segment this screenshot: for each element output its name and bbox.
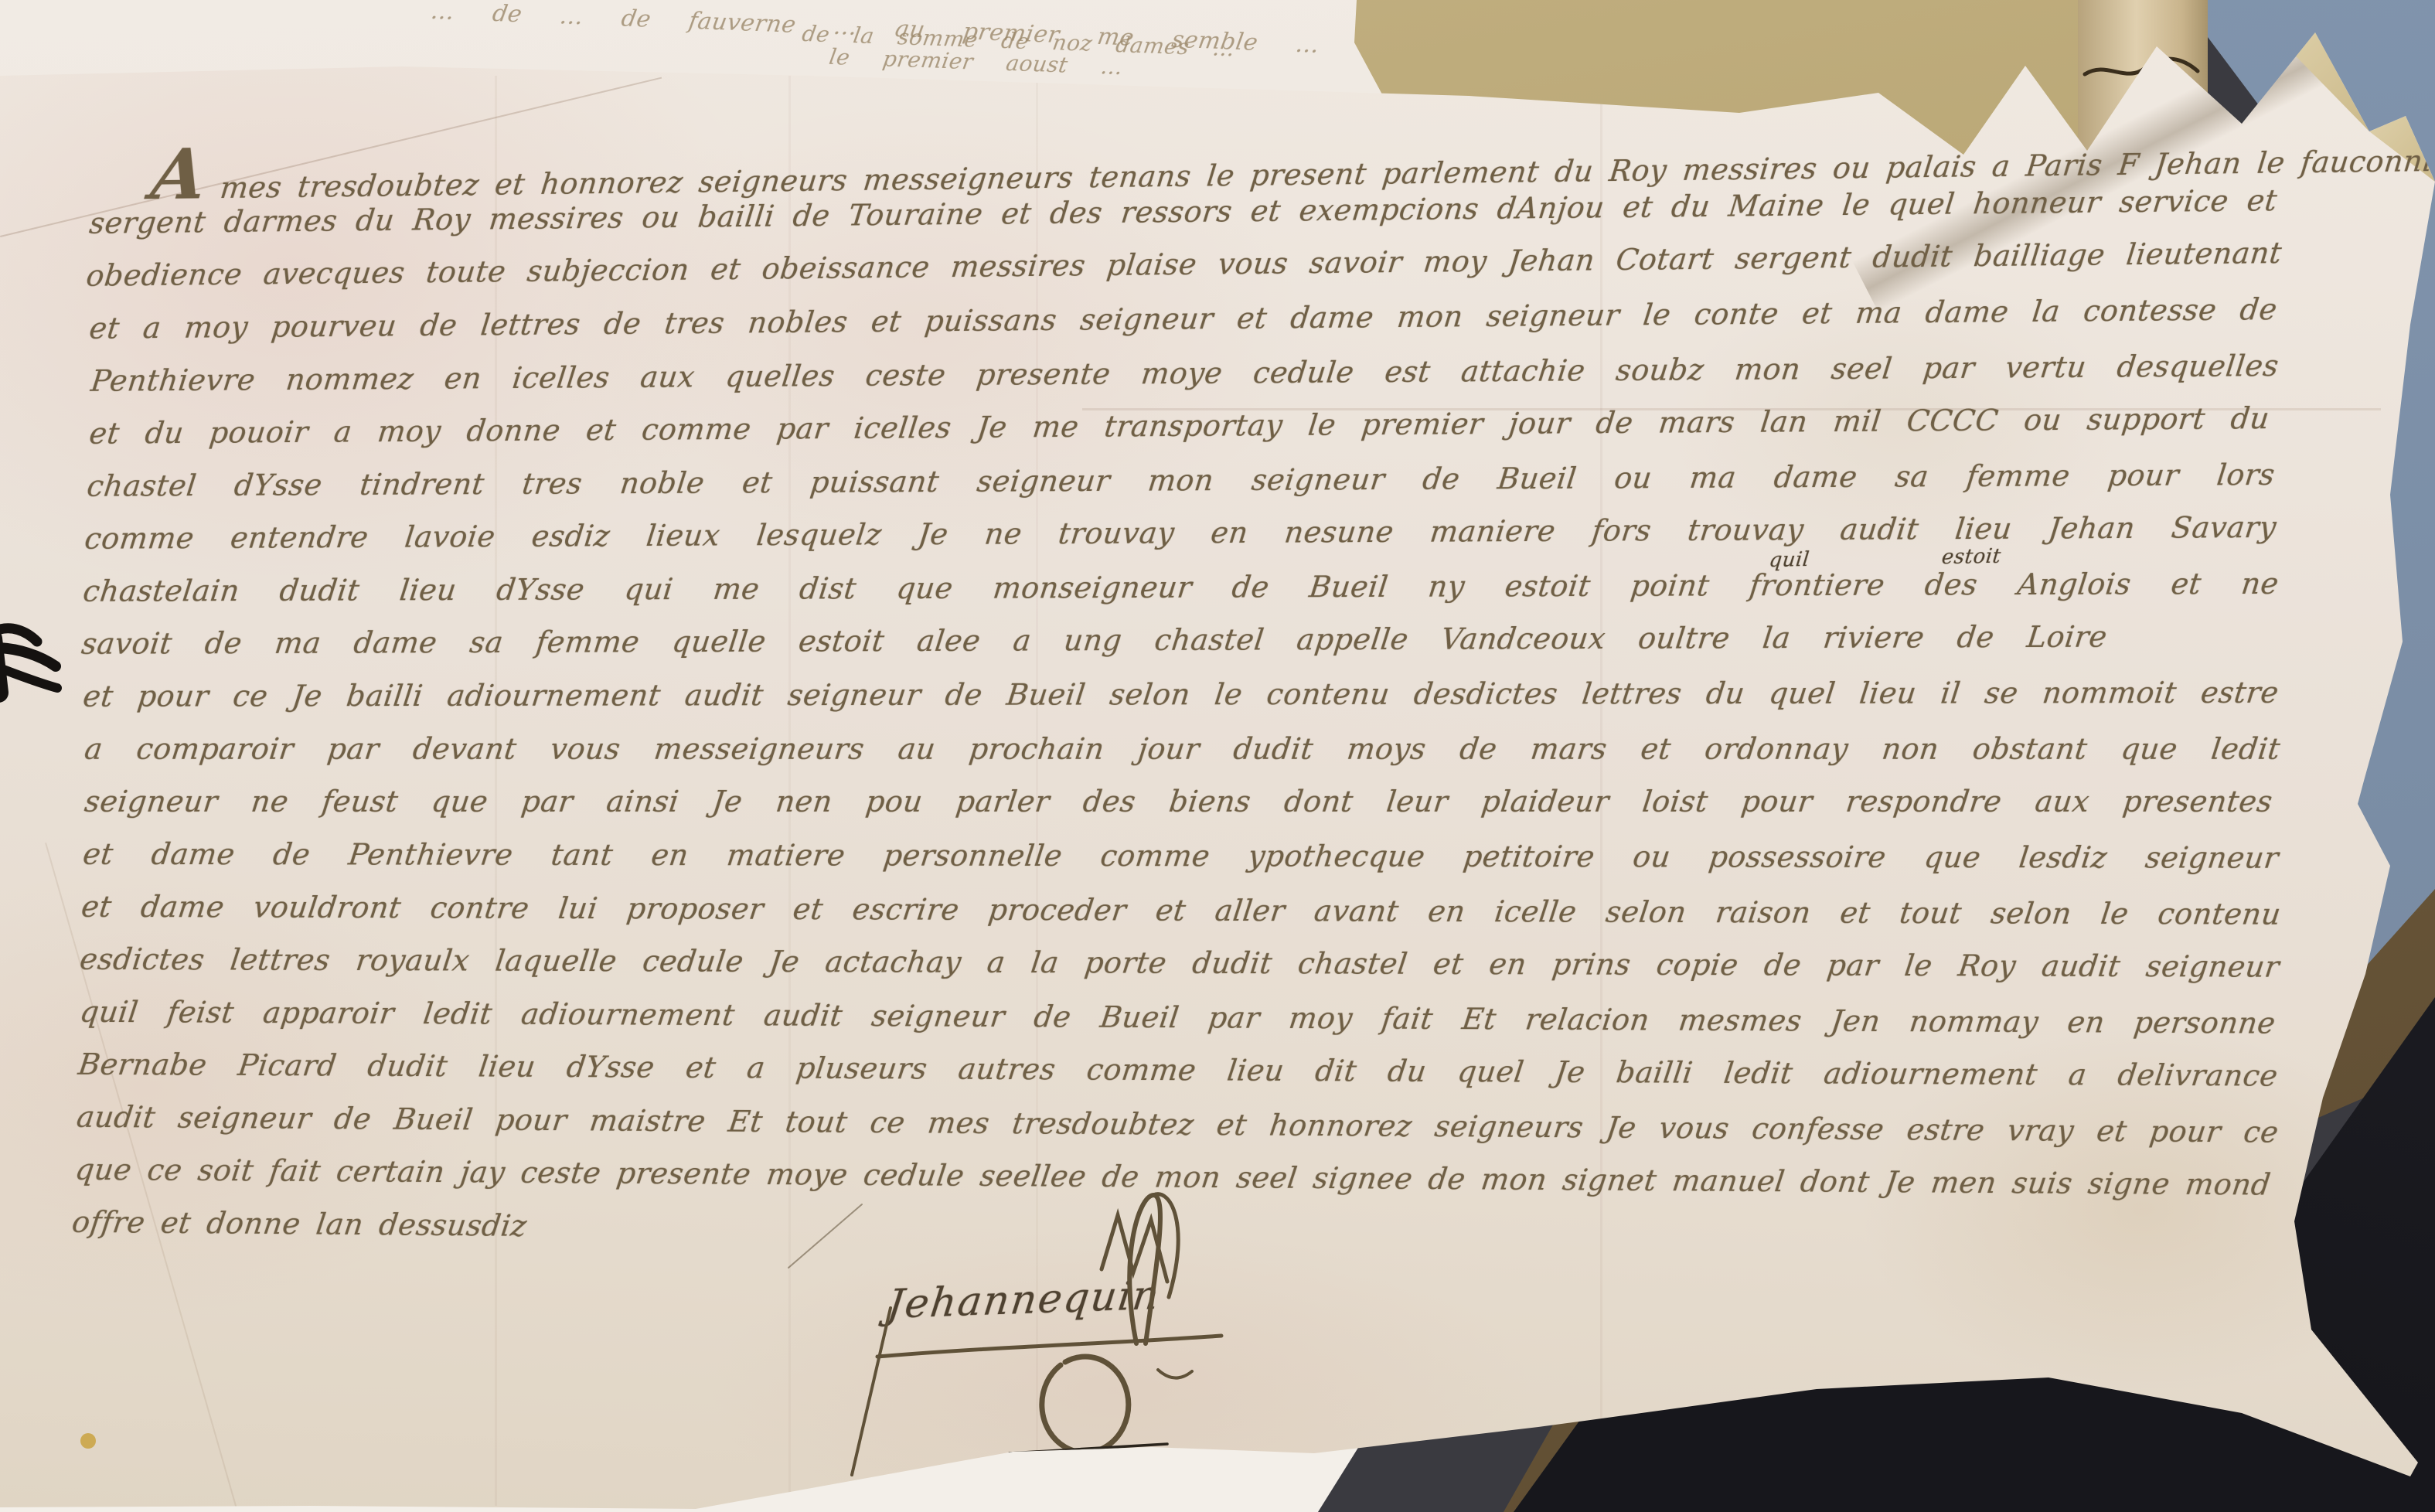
manuscript-text-line: et du pouoir a moy donne et comme par ic… <box>88 404 2271 448</box>
manuscript-text-line: chastelain dudit lieu dYsse qui me dist … <box>81 569 2280 606</box>
photograph-of-parchment-document: … de … de fauverne … au premier me sembl… <box>0 0 2435 1512</box>
manuscript-text-line: quil feist apparoir ledit adiournement a… <box>78 997 2277 1038</box>
black-seal-cord <box>0 608 77 724</box>
manuscript-text-line: Penthievre nommez en icelles aux quelles… <box>90 351 2280 396</box>
main-parchment-sheet: A mes tresdoubtez et honnorez seigneurs … <box>0 0 2435 1512</box>
manuscript-text-line: savoit de ma dame sa femme quelle estoit… <box>80 622 2109 659</box>
manuscript-text-line: chastel dYsse tindrent tres noble et pui… <box>86 460 2277 501</box>
yellow-spot <box>74 1429 102 1456</box>
manuscript-text-line: esdictes lettres royaulx laquelle cedule… <box>78 945 2281 982</box>
manuscript-text-line: et dame de Penthievre tant en matiere pe… <box>81 839 2280 873</box>
manuscript-text-line: Bernabe Picard dudit lieu dYsse et a plu… <box>77 1050 2280 1091</box>
interlinear-insertion: quil estoit <box>1768 547 2002 570</box>
manuscript-text-line: obedience avecques toute subjeccion et o… <box>85 238 2283 291</box>
manuscript-text-line: audit seigneur de Bueil pour maistre Et … <box>75 1102 2280 1147</box>
manuscript-text-line: et dame vouldront contre lui proposer et… <box>80 892 2283 929</box>
manuscript-text-line: a comparoir par devant vous messeigneurs… <box>83 734 2282 764</box>
manuscript-text-line: offre et donne lan dessusdiz <box>70 1207 414 1240</box>
manuscript-text-line: et a moy pourveu de lettres de tres nobl… <box>88 295 2279 343</box>
manuscript-text-line: seigneur ne feust que par ainsi Je nen p… <box>83 787 2274 816</box>
manuscript-text-line: et pour ce Je bailli adiournement audit … <box>81 678 2280 711</box>
